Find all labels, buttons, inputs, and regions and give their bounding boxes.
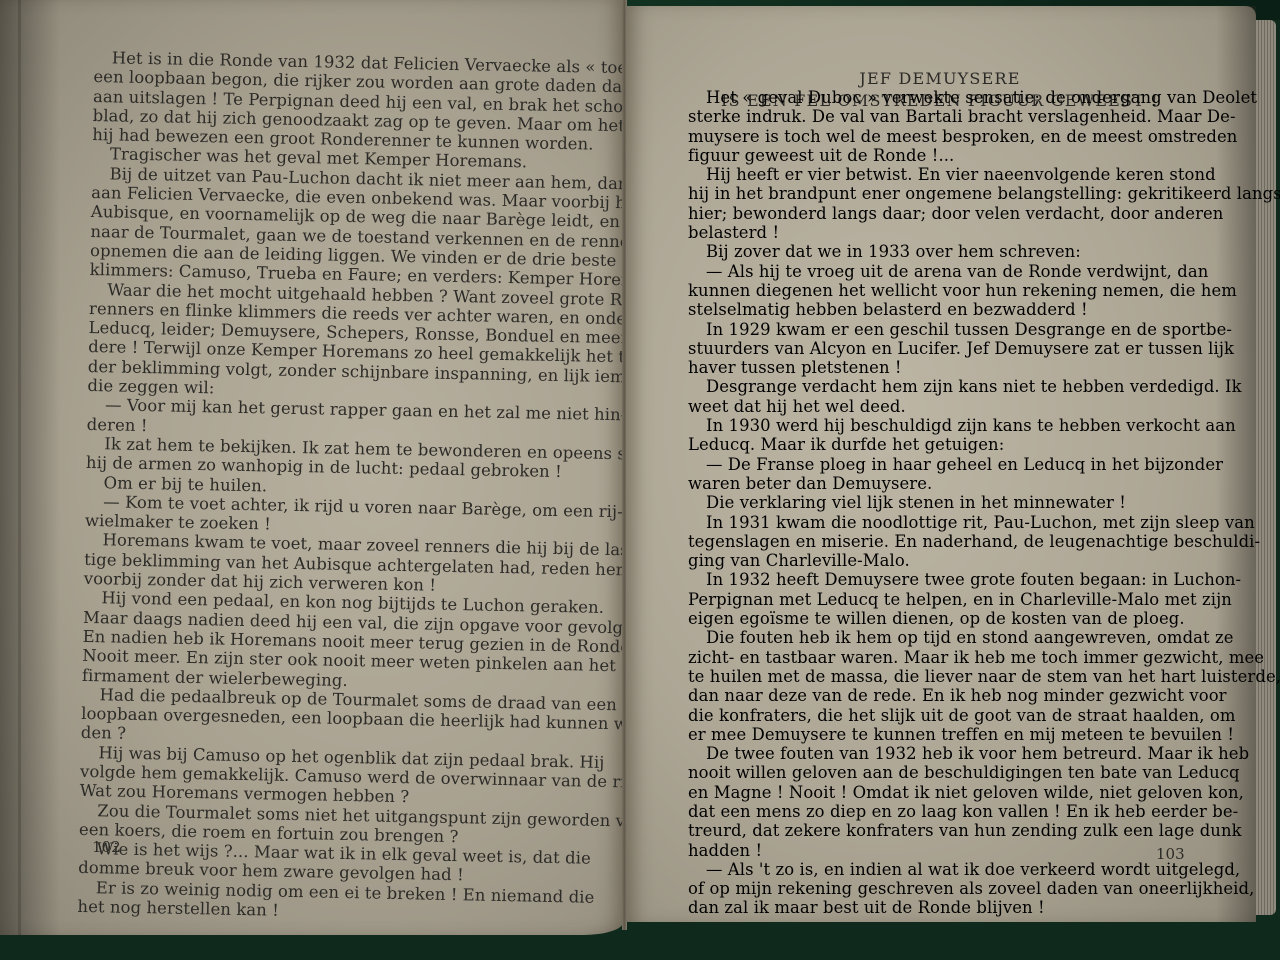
text-line: hier; bewonderd langs daar; door velen v…: [688, 204, 1188, 223]
text-line: Hij heeft er vier betwist. En vier naeen…: [688, 165, 1188, 184]
text-line: In 1929 kwam er een geschil tussen Desgr…: [688, 320, 1188, 339]
text-line: In 1930 werd hij beschuldigd zijn kans t…: [688, 416, 1188, 435]
text-line: sterke indruk. De val van Bartali bracht…: [688, 107, 1188, 126]
text-line: zicht- en tastbaar waren. Maar ik heb me…: [688, 648, 1188, 667]
text-line: dan naar deze van de rede. En ik heb nog…: [688, 686, 1188, 705]
text-line: eigen egoïsme te willen dienen, op de ko…: [688, 609, 1188, 628]
text-line: De twee fouten van 1932 heb ik voor hem …: [688, 744, 1188, 763]
text-line: — De Franse ploeg in haar geheel en Ledu…: [688, 455, 1188, 474]
text-line: haver tussen pletstenen !: [688, 358, 1188, 377]
text-line: Perpignan met Leducq te helpen, en in Ch…: [688, 590, 1188, 609]
text-line: stuurders van Alcyon en Lucifer. Jef Dem…: [688, 339, 1188, 358]
text-line: In 1931 kwam die noodlottige rit, Pau-Lu…: [688, 513, 1188, 532]
text-line: — Als 't zo is, en indien al wat ik doe …: [688, 860, 1188, 879]
page-edges: [1256, 20, 1276, 915]
text-line: waren beter dan Demuysere.: [688, 474, 1188, 493]
text-line: die konfraters, die het slijk uit de goo…: [688, 706, 1188, 725]
text-line: Die verklaring viel lijk stenen in het m…: [688, 493, 1188, 512]
text-line: ging van Charleville-Malo.: [688, 551, 1188, 570]
text-line: Die fouten heb ik hem op tijd en stond a…: [688, 628, 1188, 647]
text-line: Desgrange verdacht hem zijn kans niet te…: [688, 377, 1188, 396]
text-line: hadden !: [688, 841, 1188, 860]
text-line: stelselmatig hebben belasterd en bezwadd…: [688, 300, 1188, 319]
text-line: en Magne ! Nooit ! Omdat ik niet geloven…: [688, 783, 1188, 802]
text-line: of op mijn rekening geschreven als zovee…: [688, 879, 1188, 898]
text-line: treurd, dat zekere konfraters van hun ze…: [688, 821, 1188, 840]
text-line: Het « geval Duboc » verwekte sensatie; d…: [688, 88, 1188, 107]
text-line: In 1932 heeft Demuysere twee grote foute…: [688, 570, 1188, 589]
left-page-text: Het is in die Ronde van 1932 dat Felicie…: [77, 48, 588, 926]
text-line: — Als hij te vroeg uit de arena van de R…: [688, 262, 1188, 281]
text-line: belasterd !: [688, 223, 1188, 242]
photo-scene: Het is in die Ronde van 1932 dat Felicie…: [0, 0, 1280, 960]
text-line: muysere is toch wel de meest besproken, …: [688, 127, 1188, 146]
right-page-number: 103: [1156, 845, 1185, 863]
text-line: te huilen met de massa, die liever naar …: [688, 667, 1188, 686]
right-page-text: Het « geval Duboc » verwekte sensatie; d…: [688, 88, 1188, 918]
text-line: tegenslagen en miserie. En naderhand, de…: [688, 532, 1188, 551]
text-line: figuur geweest uit de Ronde !...: [688, 146, 1188, 165]
text-line: weet dat hij het wel deed.: [688, 397, 1188, 416]
text-line: Bij zover dat we in 1933 over hem schrev…: [688, 242, 1188, 261]
left-page-number: 102: [92, 838, 121, 856]
text-line: dan zal ik maar best uit de Ronde blijve…: [688, 898, 1188, 917]
text-line: hij in het brandpunt ener ongemene belan…: [688, 184, 1188, 203]
text-line: er mee Demuysere te kunnen treffen en mi…: [688, 725, 1188, 744]
text-line: Leducq. Maar ik durfde het getuigen:: [688, 435, 1188, 454]
text-line: dat een mens zo diep en zo laag kon vall…: [688, 802, 1188, 821]
chapter-heading-line-1: JEF DEMUYSERE: [690, 68, 1190, 90]
left-page: Het is in die Ronde van 1932 dat Felicie…: [0, 0, 624, 935]
text-line: nooit willen geloven aan de beschuldigin…: [688, 763, 1188, 782]
text-line: kunnen diegenen het wellicht voor hun re…: [688, 281, 1188, 300]
